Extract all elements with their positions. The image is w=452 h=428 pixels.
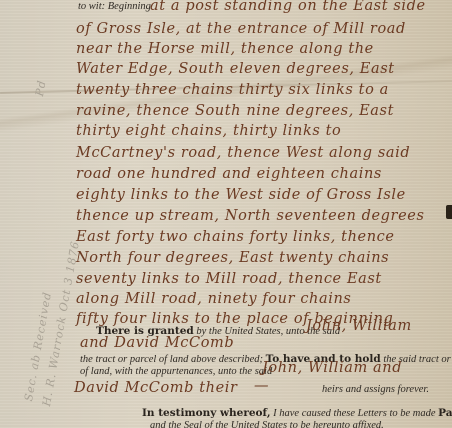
printed-intro: to wit: Beginning [78, 1, 151, 12]
habendum-dash: — [254, 378, 269, 394]
handwritten-line-14: seventy links to Mill road, thence East [76, 271, 382, 287]
testimonium-blackletter-2: Patent, [438, 407, 452, 419]
handwritten-line-6: ravine, thence South nine degrees, East [76, 103, 394, 119]
testimonium-blackletter-1: In testimony whereof, [142, 407, 271, 419]
habendum-grantees-line-2: David McComb their [74, 380, 238, 396]
handwritten-line-13: North four degrees, East twenty chains [76, 250, 389, 266]
testimonium-printed-1: I have caused these Letters to be made [273, 408, 435, 419]
handwritten-line-5: twenty three chains thirty six links to … [76, 82, 389, 98]
handwritten-line-2: of Gross Isle, at the entrance of Mill r… [76, 21, 406, 37]
handwritten-line-1: at a post standing on the East side [150, 0, 426, 14]
handwritten-line-3: near the Horse mill, thence along the [76, 41, 374, 57]
handwritten-line-11: thence up stream, North seventeen degree… [76, 208, 425, 224]
habendum-grantees-line-1: John, William and [262, 360, 402, 376]
testimonium-printed-2: and the Seal of the United States to be … [150, 420, 384, 428]
handwritten-line-8: McCartney's road, thence West along said [76, 145, 410, 161]
edge-tab-mark [446, 205, 452, 219]
handwritten-line-15: along Mill road, ninety four chains [76, 291, 351, 307]
grantees-line-2: and David McComb [80, 335, 234, 351]
habendum-printed-3: of land, with the appurtenances, unto th… [80, 366, 272, 377]
grantees-line-1: John, William [306, 318, 412, 334]
handwritten-line-7: thirty eight chains, thirty links to [76, 123, 341, 139]
handwritten-line-9: road one hundred and eighteen chains [76, 166, 382, 182]
habendum-printed-1: the tract or parcel of land above descri… [80, 354, 263, 365]
testimonium-line-1: In testimony whereof, I have caused thes… [142, 407, 452, 419]
habendum-printed-4: heirs and assigns forever. [322, 384, 429, 395]
handwritten-line-10: eighty links to the West side of Gross I… [76, 187, 406, 203]
handwritten-line-4: Water Edge, South eleven degrees, East [76, 61, 395, 77]
handwritten-line-12: East forty two chains forty links, thenc… [76, 229, 395, 245]
